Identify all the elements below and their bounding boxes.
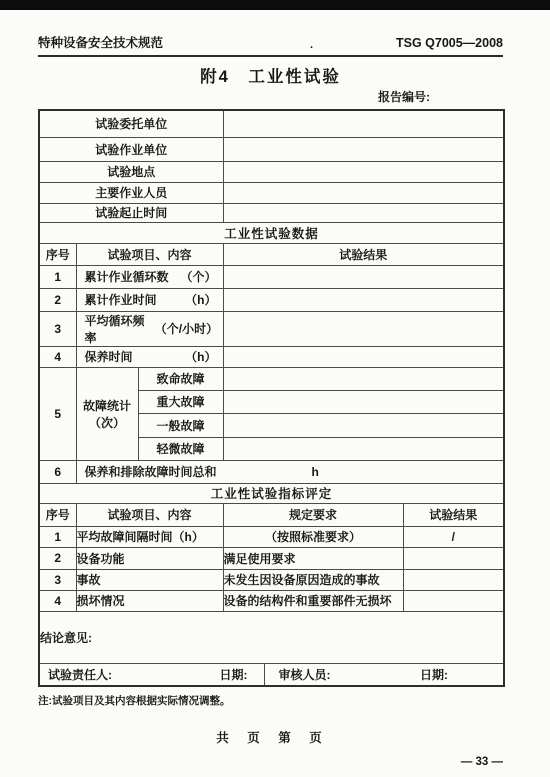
item-unit: h bbox=[312, 465, 319, 479]
reviewer-signature-cell: 审核人员: 日期: bbox=[264, 663, 504, 686]
result-cell bbox=[223, 265, 504, 288]
result-cell bbox=[223, 311, 504, 346]
info-value-cell bbox=[223, 110, 504, 137]
standard-code: TSG Q7005—2008 bbox=[396, 36, 503, 51]
item-unit: （h） bbox=[185, 348, 216, 365]
eval-row: 1 平均故障间隔时间（h） （按照标准要求） / bbox=[39, 526, 504, 547]
document-page: 特种设备安全技术规范 · TSG Q7005—2008 附4 工业性试验 报告编… bbox=[0, 0, 550, 768]
report-number-label: 报告编号: bbox=[38, 90, 503, 104]
fault-stats-label: 故障统计 （次） bbox=[76, 367, 138, 460]
item-unit: （个/小时） bbox=[155, 320, 217, 337]
footnote: 注:试验项目及其内容根据实际情况调整。 bbox=[38, 695, 550, 708]
data-row: 4 保养时间 （h） bbox=[39, 346, 504, 367]
row-item-cell: 保养和排除故障时间总和 h bbox=[76, 460, 504, 483]
item-unit: （个） bbox=[181, 268, 217, 285]
row-item-cell: 平均循环频率 （个/小时） bbox=[76, 311, 223, 346]
data-row: 2 累计作业时间 （h） bbox=[39, 288, 504, 311]
reviewer-label: 审核人员: bbox=[279, 666, 331, 683]
eval-result bbox=[403, 590, 504, 611]
row-no: 5 bbox=[39, 367, 76, 460]
item-unit: （h） bbox=[185, 291, 216, 308]
fault-type: 一般故障 bbox=[138, 413, 223, 437]
info-label: 试验作业单位 bbox=[39, 137, 223, 161]
row-no: 3 bbox=[39, 311, 76, 346]
data-row: 3 平均循环频率 （个/小时） bbox=[39, 311, 504, 346]
row-no: 3 bbox=[39, 569, 76, 590]
scan-artifact-band bbox=[0, 0, 550, 10]
date-label: 日期: bbox=[420, 666, 448, 683]
eval-item: 损坏情况 bbox=[76, 590, 223, 611]
info-row: 试验作业单位 bbox=[39, 137, 504, 161]
page-count-line: 共 页 第 页 bbox=[38, 728, 503, 746]
col-header-result: 试验结果 bbox=[403, 503, 504, 526]
doc-title: 附4 工业性试验 bbox=[38, 68, 503, 87]
fault-row: 5 故障统计 （次） 致命故障 bbox=[39, 367, 504, 390]
row-item-cell: 累计作业时间 （h） bbox=[76, 288, 223, 311]
info-row: 试验委托单位 bbox=[39, 110, 504, 137]
item-label: 保养和排除故障时间总和 bbox=[85, 463, 217, 480]
eval-item: 平均故障间隔时间（h） bbox=[76, 526, 223, 547]
result-cell bbox=[223, 288, 504, 311]
fault-stats-line1: 故障统计 bbox=[77, 397, 138, 414]
fault-type: 重大故障 bbox=[138, 390, 223, 413]
col-header-result: 试验结果 bbox=[223, 243, 504, 265]
result-cell bbox=[223, 413, 504, 437]
eval-req: 满足使用要求 bbox=[223, 547, 403, 569]
column-header-row: 序号 试验项目、内容 试验结果 bbox=[39, 243, 504, 265]
standard-name: 特种设备安全技术规范 bbox=[38, 36, 163, 51]
col-header-item: 试验项目、内容 bbox=[76, 243, 223, 265]
row-no: 4 bbox=[39, 346, 76, 367]
form-table: 试验委托单位 试验作业单位 试验地点 主要作业人员 试验起止时间 工业性试验数据 bbox=[38, 109, 505, 687]
eval-result: / bbox=[403, 526, 504, 547]
signature-row: 试验责任人: 日期: 审核人员: 日期: bbox=[39, 663, 504, 686]
date-label: 日期: bbox=[220, 666, 248, 683]
eval-item: 设备功能 bbox=[76, 547, 223, 569]
eval-row: 2 设备功能 满足使用要求 bbox=[39, 547, 504, 569]
fault-stats-line2: （次） bbox=[77, 414, 138, 431]
result-cell bbox=[223, 390, 504, 413]
data-row: 1 累计作业循环数 （个） bbox=[39, 265, 504, 288]
eval-result bbox=[403, 569, 504, 590]
section1-title: 工业性试验数据 bbox=[39, 222, 504, 243]
result-cell bbox=[223, 346, 504, 367]
eval-req: 未发生因设备原因造成的事故 bbox=[223, 569, 403, 590]
info-label: 主要作业人员 bbox=[39, 182, 223, 203]
conclusion-label: 结论意见: bbox=[39, 611, 504, 663]
info-label: 试验委托单位 bbox=[39, 110, 223, 137]
col-header-item: 试验项目、内容 bbox=[76, 503, 223, 526]
section2-title: 工业性试验指标评定 bbox=[39, 483, 504, 503]
row-no: 6 bbox=[39, 460, 76, 483]
conclusion-row: 结论意见: bbox=[39, 611, 504, 663]
fault-type: 致命故障 bbox=[138, 367, 223, 390]
item-label: 保养时间 bbox=[85, 348, 133, 365]
eval-req: （按照标准要求） bbox=[223, 526, 403, 547]
col-header-req: 规定要求 bbox=[223, 503, 403, 526]
info-value-cell bbox=[223, 203, 504, 222]
row-no: 2 bbox=[39, 288, 76, 311]
fault-type: 轻微故障 bbox=[138, 437, 223, 460]
section-title-row: 工业性试验指标评定 bbox=[39, 483, 504, 503]
tester-signature-cell: 试验责任人: 日期: bbox=[39, 663, 264, 686]
result-cell bbox=[223, 367, 504, 390]
eval-row: 4 损坏情况 设备的结构件和重要部件无损坏 bbox=[39, 590, 504, 611]
page-header: 特种设备安全技术规范 · TSG Q7005—2008 bbox=[38, 36, 503, 57]
col-header-no: 序号 bbox=[39, 503, 76, 526]
info-row: 试验起止时间 bbox=[39, 203, 504, 222]
column-header-row: 序号 试验项目、内容 规定要求 试验结果 bbox=[39, 503, 504, 526]
item-label: 累计作业时间 bbox=[85, 291, 157, 308]
page-number: — 33 — bbox=[38, 756, 503, 768]
info-value-cell bbox=[223, 137, 504, 161]
info-label: 试验起止时间 bbox=[39, 203, 223, 222]
section-title-row: 工业性试验数据 bbox=[39, 222, 504, 243]
eval-req: 设备的结构件和重要部件无损坏 bbox=[223, 590, 403, 611]
info-value-cell bbox=[223, 161, 504, 182]
eval-result bbox=[403, 547, 504, 569]
tester-label: 试验责任人: bbox=[48, 666, 112, 683]
item-label: 平均循环频率 bbox=[85, 312, 155, 346]
info-row: 主要作业人员 bbox=[39, 182, 504, 203]
row-item-cell: 累计作业循环数 （个） bbox=[76, 265, 223, 288]
row-no: 1 bbox=[39, 526, 76, 547]
noise-dot: · bbox=[310, 41, 314, 56]
row-item-cell: 保养时间 （h） bbox=[76, 346, 223, 367]
info-label: 试验地点 bbox=[39, 161, 223, 182]
result-cell bbox=[223, 437, 504, 460]
item-label: 累计作业循环数 bbox=[85, 268, 169, 285]
row-no: 4 bbox=[39, 590, 76, 611]
data-row: 6 保养和排除故障时间总和 h bbox=[39, 460, 504, 483]
info-value-cell bbox=[223, 182, 504, 203]
row-no: 1 bbox=[39, 265, 76, 288]
eval-item: 事故 bbox=[76, 569, 223, 590]
row-no: 2 bbox=[39, 547, 76, 569]
eval-row: 3 事故 未发生因设备原因造成的事故 bbox=[39, 569, 504, 590]
info-row: 试验地点 bbox=[39, 161, 504, 182]
col-header-no: 序号 bbox=[39, 243, 76, 265]
